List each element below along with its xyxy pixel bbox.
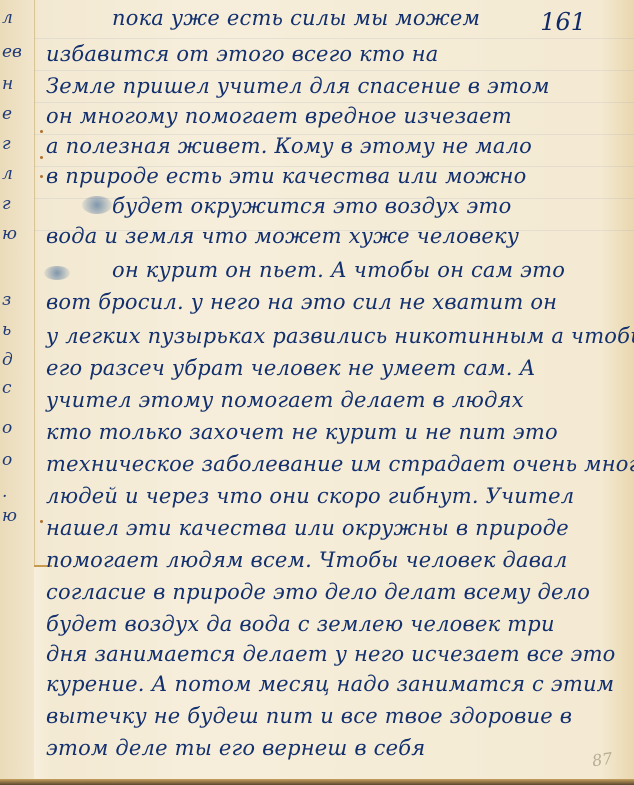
margin-fragment: с	[2, 380, 32, 397]
margin-fragment: н	[2, 76, 32, 93]
margin-fragment: ь	[2, 322, 32, 339]
notebook-spread: л ев н е г л г ю з ь д с о о . ю 161 пок…	[0, 0, 634, 785]
margin-fragment: .	[2, 484, 32, 501]
text-line: вот бросил. у него на это сил не хватит …	[46, 290, 557, 314]
margin-fragment: г	[2, 196, 32, 213]
ink-blot	[44, 266, 70, 280]
margin-fragment: г	[2, 136, 32, 153]
text-line: Земле пришел учител для спасение в этом	[46, 74, 550, 98]
text-line: помогает людям всем. Чтобы человек давал	[46, 548, 567, 572]
text-line: этом деле ты его вернеш в себя	[46, 736, 425, 760]
text-line: его разсеч убрат человек не умеет сам. А	[46, 356, 536, 380]
text-line: пока уже есть силы мы можем	[112, 6, 480, 30]
text-line: вытечку не будеш пит и все твое здоровие…	[46, 704, 572, 728]
margin-fragment: е	[2, 106, 32, 123]
text-line: вода и земля что может хуже человеку	[46, 224, 519, 248]
margin-fragment: ев	[2, 44, 32, 61]
notebook-page: 161 пока уже есть силы мы можем избавитс…	[34, 0, 634, 785]
page-bottom-edge	[0, 779, 634, 785]
text-line: курение. А потом месяц надо заниматся с …	[46, 672, 614, 696]
text-line: в природе есть эти качества или можно	[46, 164, 527, 188]
margin-fragment: ю	[2, 226, 32, 243]
text-line: учител этому помогает делает в людях	[46, 388, 524, 412]
text-line: согласие в природе это дело делат всему …	[46, 580, 590, 604]
text-line: а полезная живет. Кому в этому не мало	[46, 134, 532, 158]
page-number: 161	[540, 8, 586, 36]
facing-page-edge: л ев н е г л г ю з ь д с о о . ю	[0, 0, 35, 785]
text-line: нашел эти качества или окружны в природе	[46, 516, 569, 540]
text-line: он многому помогает вредное изчезает	[46, 104, 512, 128]
margin-fragment: л	[2, 166, 32, 183]
margin-fragment: л	[2, 10, 32, 27]
text-line: будет воздух да вода с землею человек тр…	[46, 612, 555, 636]
margin-fragment: з	[2, 292, 32, 309]
margin-fragment: о	[2, 420, 32, 437]
margin-fragment: д	[2, 352, 32, 369]
text-line: избавится от этого всего кто на	[46, 42, 438, 66]
ink-blot	[82, 196, 112, 214]
margin-fragment: ю	[2, 508, 32, 525]
text-line: он курит он пьет. А чтобы он сам это	[112, 258, 565, 282]
text-line: будет окружится это воздух это	[112, 194, 511, 218]
text-line: кто только захочет не курит и не пит это	[46, 420, 558, 444]
faint-corner-number: 87	[590, 749, 613, 771]
text-line: людей и через что они скоро гибнут. Учит…	[46, 484, 574, 508]
text-line: у легких пузырьках развились никотинным …	[46, 324, 634, 348]
text-line: дня занимается делает у него исчезает вс…	[46, 642, 616, 666]
margin-fragment: о	[2, 452, 32, 469]
text-line: техническое заболевание им страдает очен…	[46, 452, 634, 476]
